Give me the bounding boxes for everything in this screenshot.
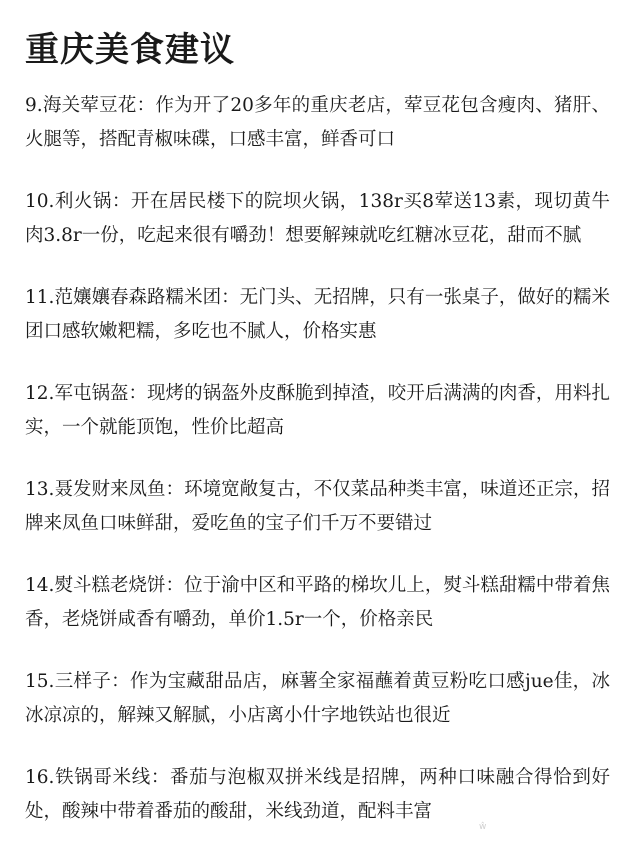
recommendation-list: 9.海关荤豆花：作为开了20多年的重庆老店，荤豆花包含瘦肉、猪肝、火腿等，搭配青… [25,89,610,853]
list-item: 14.熨斗糕老烧饼：位于渝中区和平路的梯坎儿上，熨斗糕甜糯中带着焦香，老烧饼咸香… [25,569,610,665]
page-title: 重庆美食建议 [25,28,235,72]
list-item: 13.聂发财来凤鱼：环境宽敞复古，不仅菜品种类丰富，味道还正宗，招牌来凤鱼口味鲜… [25,473,610,569]
list-item: 11.范孃孃春森路糯米团：无门头、无招牌，只有一张桌子，做好的糯米团口感软嫩粑糯… [25,281,610,377]
list-item: 12.军屯锅盔：现烤的锅盔外皮酥脆到掉渣，咬开后满满的肉香，用料扎实，一个就能顶… [25,377,610,473]
watermark-icon: ŵ [479,822,486,832]
list-item: 10.利火锅：开在居民楼下的院坝火锅，138r买8荤送13素，现切黄牛肉3.8r… [25,185,610,281]
list-item: 16.铁锅哥米线：番茄与泡椒双拼米线是招牌，两种口味融合得恰到好处，酸辣中带着番… [25,761,610,853]
list-item: 9.海关荤豆花：作为开了20多年的重庆老店，荤豆花包含瘦肉、猪肝、火腿等，搭配青… [25,89,610,185]
list-item: 15.三样子：作为宝藏甜品店，麻薯全家福蘸着黄豆粉吃口感jue佳，冰冰凉凉的，解… [25,665,610,761]
